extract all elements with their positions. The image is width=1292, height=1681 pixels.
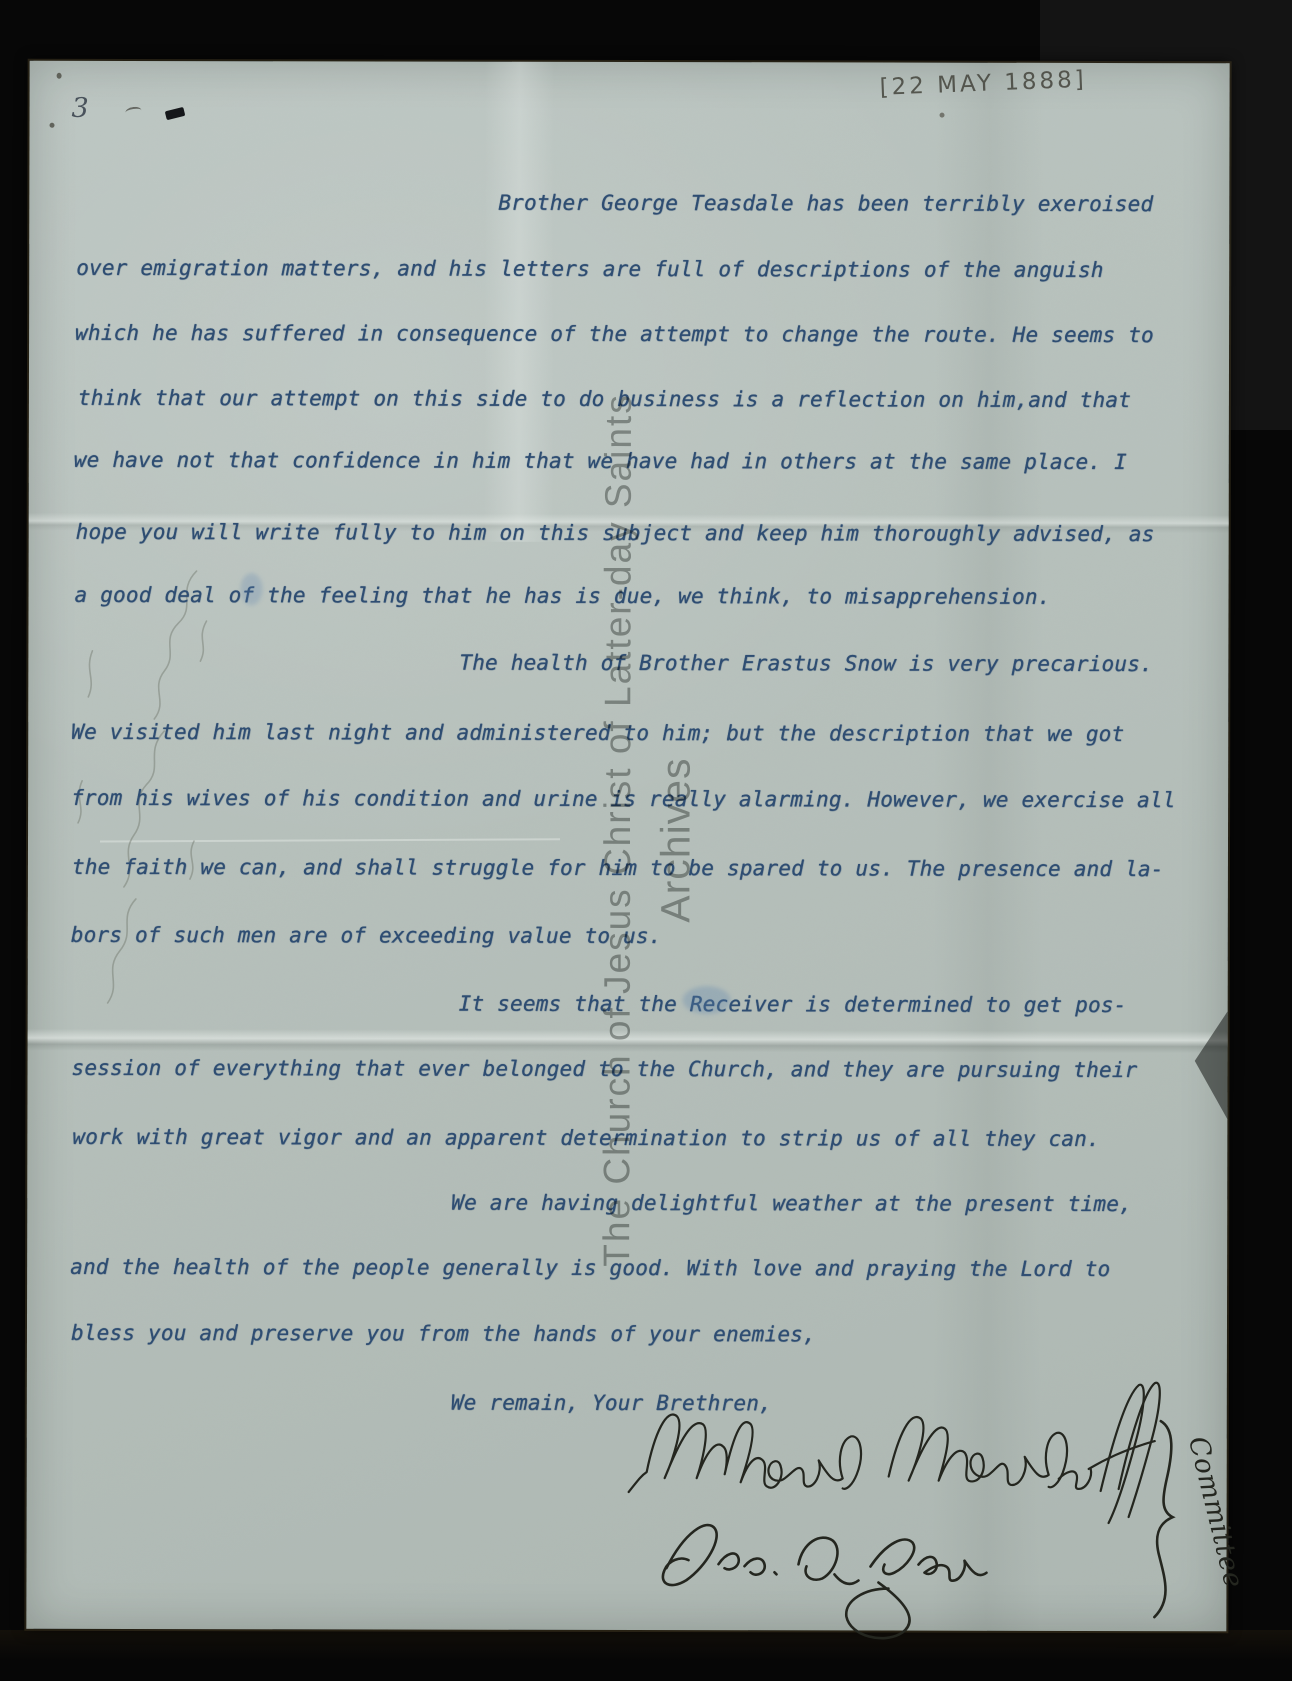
committee-brace (1154, 1421, 1172, 1617)
letter-line: and the health of the people generally i… (70, 1254, 1110, 1282)
letter-line: which he has suffered in consequence of … (75, 320, 1154, 349)
letter-line: It seems that the Receiver is determined… (459, 991, 1127, 1019)
scanned-letter-page: { "page": { "number": "3", "date_annotat… (0, 0, 1292, 1681)
letter-line: a good deal of the feeling that he has i… (74, 582, 1050, 610)
tilde-mark (125, 106, 142, 117)
letter-line: over emigration matters, and his letters… (76, 255, 1104, 283)
wilford-woodruff-signature (629, 1382, 1160, 1523)
letter-line: bors of such men are of exceeding value … (71, 922, 662, 949)
letter-line: think that our attempt on this side to d… (78, 385, 1131, 413)
letter-line: session of everything that ever belonged… (72, 1055, 1138, 1083)
page-number: 3 (72, 93, 89, 124)
ink-dash-mark (165, 107, 186, 120)
letter-line: from his wives of his condition and urin… (71, 785, 1176, 814)
letter-paper: [22 MAY 1888] 3 Brother George Teasdale … (26, 61, 1229, 1632)
white-scratch (100, 838, 560, 842)
watermark-archives: Archives (652, 757, 699, 922)
fold-dark-notch (1187, 1011, 1227, 1119)
fold-crease-lower (28, 1029, 1228, 1054)
letter-line: hope you will write fully to him on this… (76, 519, 1155, 548)
letter-line: we have not that confidence in him that … (74, 447, 1127, 475)
signature-block: Committee (588, 1320, 1249, 1641)
letter-line: work with great vigor and an apparent de… (72, 1124, 1100, 1152)
committee-label: Committee (1182, 1433, 1249, 1591)
letter-line: The health of Brother Erastus Snow is ve… (459, 650, 1153, 678)
pencil-dot-1 (57, 73, 62, 79)
letter-line: We are having delightful weather at the … (451, 1190, 1132, 1218)
letter-line: the faith we can, and shall struggle for… (72, 854, 1164, 883)
letter-line: We visited him last night and administer… (71, 719, 1124, 747)
geo-q-cannon-signature (663, 1525, 987, 1638)
letter-line: Brother George Teasdale has been terribl… (498, 190, 1153, 218)
archival-date-annotation: [22 MAY 1888] (879, 67, 1087, 101)
pencil-dot-2 (50, 123, 55, 128)
pencil-dot-under-date (940, 113, 945, 118)
